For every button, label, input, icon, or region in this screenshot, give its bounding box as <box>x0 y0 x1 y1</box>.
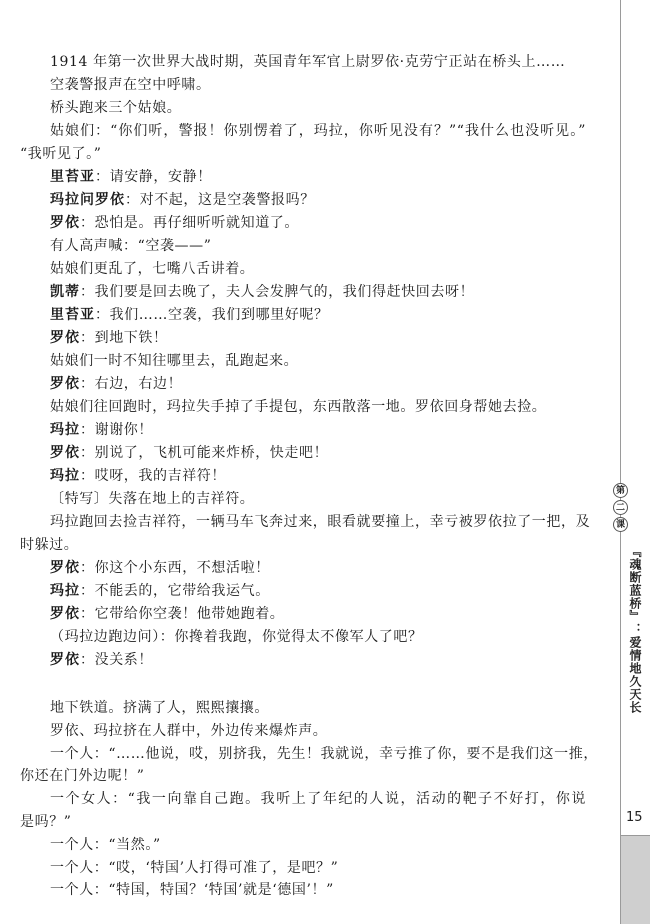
line-text: 桥头跑来三个姑娘。 <box>50 100 181 116</box>
speaker-name: 罗依 <box>50 376 80 392</box>
line-text: 我们要是回去晚了，夫人会发脾气的，我们得赶快回去呀！ <box>95 284 475 300</box>
line-text: 不能丢的，它带给我运气。 <box>95 583 270 599</box>
script-line: 玛拉问罗依：对不起，这是空袭警报吗？ <box>50 190 586 210</box>
line-text: 它带给你空袭！他带她跑着。 <box>95 606 285 622</box>
script-line: 凯蒂：我们要是回去晚了，夫人会发脾气的，我们得赶快回去呀！ <box>50 282 586 302</box>
speaker-colon: ： <box>80 330 95 346</box>
textbook-page: 1914 年第一次世界大战时期，英国青年军官上尉罗依·克劳宁正站在桥头上……空袭… <box>0 0 650 924</box>
line-text: 一个人：“……他说，哎，别挤我，先生！我就说，幸亏推了你，要不是我们这一推， <box>50 746 598 762</box>
line-text: 你这个小东西，不想活啦！ <box>95 560 270 576</box>
speaker-name: 里苔亚 <box>50 307 95 323</box>
script-line: 玛拉：不能丢的，它带给我运气。 <box>50 581 586 601</box>
line-text: 对不起，这是空袭警报吗？ <box>140 192 315 208</box>
script-line: 罗依：没关系！ <box>50 650 586 670</box>
lesson-title-vertical: 『魂断蓝桥』：爱情地久天长 <box>626 545 642 714</box>
speaker-name: 玛拉 <box>50 468 80 484</box>
script-line: 姑娘们：“你们听，警报！你别愣着了，玛拉，你听见没有？”“我什么也没听见。” <box>50 121 586 141</box>
speaker-name: 罗依 <box>50 652 80 668</box>
speaker-colon: ： <box>80 215 95 231</box>
speaker-colon: ： <box>80 284 95 300</box>
line-text: 一个女人：“我一向靠自己跑。我听上了年纪的人说，活动的靶子不好打，你说 <box>50 791 586 807</box>
lesson-badge-char-1: 第 <box>613 483 628 498</box>
page-tab-block <box>621 835 650 924</box>
script-line: “我听见了。” <box>20 144 586 164</box>
speaker-name: 凯蒂 <box>50 284 80 300</box>
script-line: （玛拉边跑边问）：你搀着我跑，你觉得太不像军人了吧？ <box>50 627 586 647</box>
line-text: （玛拉边跑边问）：你搀着我跑，你觉得太不像军人了吧？ <box>50 629 423 645</box>
script-line: 玛拉：谢谢你！ <box>50 420 586 440</box>
line-text: 〔特写〕失落在地上的吉祥符。 <box>50 491 254 507</box>
script-line: 空袭警报声在空中呼啸。 <box>50 75 586 95</box>
line-text: 玛拉跑回去捡吉祥符，一辆马车飞奔过来，眼看就要撞上，幸亏被罗依拉了一把，及 <box>50 514 590 530</box>
script-line: 罗依：别说了，飞机可能来炸桥，快走吧！ <box>50 443 586 463</box>
speaker-name: 玛拉 <box>50 422 80 438</box>
script-line: 你还在门外边呢！” <box>20 766 586 786</box>
script-line: 罗依、玛拉挤在人群中，外边传来爆炸声。 <box>50 721 586 741</box>
script-line: 罗依：右边，右边！ <box>50 374 586 394</box>
speaker-colon: ： <box>80 606 95 622</box>
line-text: 有人高声喊：“空袭——” <box>50 238 212 254</box>
script-line: 桥头跑来三个姑娘。 <box>50 98 586 118</box>
speaker-name: 玛拉问罗依 <box>50 192 125 208</box>
line-text: 姑娘们更乱了，七嘴八舌讲着。 <box>50 261 254 277</box>
speaker-colon: ： <box>80 652 95 668</box>
line-text: 右边，右边！ <box>95 376 183 392</box>
line-text: 罗依、玛拉挤在人群中，外边传来爆炸声。 <box>50 723 327 739</box>
line-text: 姑娘们一时不知往哪里去，乱跑起来。 <box>50 353 298 369</box>
page-number: 15 <box>626 810 650 825</box>
script-line: 〔特写〕失落在地上的吉祥符。 <box>50 489 586 509</box>
script-line: 罗依：到地下铁！ <box>50 328 586 348</box>
line-text: 一个人：“特国，特国？‘特国’就是‘德国’！” <box>50 882 334 898</box>
speaker-colon: ： <box>80 445 95 461</box>
line-text: 别说了，飞机可能来炸桥，快走吧！ <box>95 445 329 461</box>
margin-rule <box>620 0 621 924</box>
line-text: 时躲过。 <box>20 537 78 553</box>
script-line: 一个人：“哎，‘特国’人打得可准了，是吧？” <box>50 858 586 878</box>
script-line: 一个女人：“我一向靠自己跑。我听上了年纪的人说，活动的靶子不好打，你说 <box>50 789 586 809</box>
line-text: 一个人：“当然。” <box>50 837 161 853</box>
script-line: 姑娘们往回跑时，玛拉失手掉了手提包，东西散落一地。罗依回身帮她去捡。 <box>50 397 586 417</box>
speaker-name: 罗依 <box>50 215 80 231</box>
line-text: 请安静，安静！ <box>110 169 212 185</box>
line-text: 空袭警报声在空中呼啸。 <box>50 77 211 93</box>
script-line: 罗依：恐怕是。再仔细听听就知道了。 <box>50 213 586 233</box>
script-line: 罗依：它带给你空袭！他带她跑着。 <box>50 604 586 624</box>
script-line: 玛拉：哎呀，我的吉祥符！ <box>50 466 586 486</box>
lesson-badge-char-2: 二 <box>613 500 628 515</box>
speaker-name: 里苔亚 <box>50 169 95 185</box>
script-line: 一个人：“……他说，哎，别挤我，先生！我就说，幸亏推了你，要不是我们这一推， <box>50 744 586 764</box>
script-line: 一个人：“特国，特国？‘特国’就是‘德国’！” <box>50 880 586 900</box>
line-text: 1914 年第一次世界大战时期，英国青年军官上尉罗依·克劳宁正站在桥头上…… <box>50 54 565 70</box>
line-text: 地下铁道。挤满了人，熙熙攘攘。 <box>50 700 269 716</box>
speaker-name: 玛拉 <box>50 583 80 599</box>
lesson-badge-char-3: 课 <box>613 517 628 532</box>
speaker-name: 罗依 <box>50 445 80 461</box>
script-line: 是吗？” <box>20 812 586 832</box>
speaker-colon: ： <box>95 169 110 185</box>
speaker-colon: ： <box>80 583 95 599</box>
speaker-colon: ： <box>80 422 95 438</box>
speaker-colon: ： <box>80 468 95 484</box>
line-text: 姑娘们：“你们听，警报！你别愣着了，玛拉，你听见没有？”“我什么也没听见。” <box>50 123 586 139</box>
script-line: 地下铁道。挤满了人，熙熙攘攘。 <box>50 698 586 718</box>
speaker-colon: ： <box>80 560 95 576</box>
line-text: 恐怕是。再仔细听听就知道了。 <box>95 215 299 231</box>
line-text: 你还在门外边呢！” <box>20 768 145 784</box>
line-text: 谢谢你！ <box>95 422 153 438</box>
line-text: 一个人：“哎，‘特国’人打得可准了，是吧？” <box>50 860 338 876</box>
speaker-name: 罗依 <box>50 560 80 576</box>
script-line: 有人高声喊：“空袭——” <box>50 236 586 256</box>
script-line: 罗依：你这个小东西，不想活啦！ <box>50 558 586 578</box>
script-line: 一个人：“当然。” <box>50 835 586 855</box>
speaker-name: 罗依 <box>50 606 80 622</box>
line-text: 是吗？” <box>20 814 72 830</box>
speaker-name: 罗依 <box>50 330 80 346</box>
line-text: 到地下铁！ <box>95 330 168 346</box>
line-text: 姑娘们往回跑时，玛拉失手掉了手提包，东西散落一地。罗依回身帮她去捡。 <box>50 399 546 415</box>
line-text: 哎呀，我的吉祥符！ <box>95 468 226 484</box>
script-line: 玛拉跑回去捡吉祥符，一辆马车飞奔过来，眼看就要撞上，幸亏被罗依拉了一把，及 <box>50 512 586 532</box>
script-line: 姑娘们一时不知往哪里去，乱跑起来。 <box>50 351 586 371</box>
line-text: 我们……空袭，我们到哪里好呢？ <box>110 307 329 323</box>
script-line: 1914 年第一次世界大战时期，英国青年军官上尉罗依·克劳宁正站在桥头上…… <box>50 52 586 72</box>
script-line: 姑娘们更乱了，七嘴八舌讲着。 <box>50 259 586 279</box>
speaker-colon: ： <box>95 307 110 323</box>
script-line: 里苔亚：请安静，安静！ <box>50 167 586 187</box>
line-text: “我听见了。” <box>20 146 102 162</box>
speaker-colon: ： <box>80 376 95 392</box>
speaker-colon: ： <box>125 192 140 208</box>
line-text: 没关系！ <box>95 652 153 668</box>
script-line: 时躲过。 <box>20 535 586 555</box>
script-line: 里苔亚：我们……空袭，我们到哪里好呢？ <box>50 305 586 325</box>
